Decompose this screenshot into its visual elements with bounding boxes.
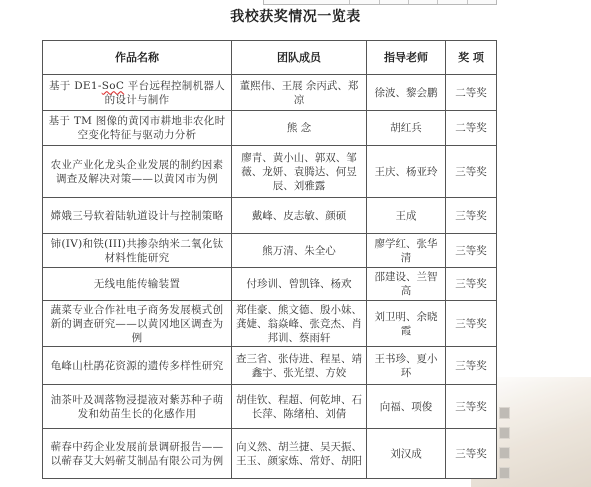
table-row: 龟峰山杜鹃花资源的遗传多样性研究 查三省、张侍进、程星、靖鑫宇、张光望、方姣 王… <box>43 347 497 385</box>
members-cell: 付珍训、曾凯锋、杨欢 <box>232 268 367 301</box>
award-cell: 三等奖 <box>446 234 497 268</box>
work-title-cell: 龟峰山杜鹃花资源的遗传多样性研究 <box>43 347 232 385</box>
work-title-cell: 铈(IV)和铁(III)共掺杂纳米二氧化钛材料性能研究 <box>43 234 232 268</box>
members-cell: 郑佳豪、熊文德、殷小妹、龚婕、翁焱峰、张竞杰、肖邦训、蔡雨轩 <box>232 301 367 347</box>
award-cell: 三等奖 <box>446 385 497 429</box>
members-cell: 熊万清、朱全心 <box>232 234 367 268</box>
members-cell: 廖青、黄小山、郭双、邹薇、龙妍、袁腾达、何昱辰、刘雅露 <box>232 146 367 198</box>
table-row: 基于 DE1-SoC 平台远程控制机器人的设计与制作 董熙伟、王展 余丙武、郑凉… <box>43 75 497 111</box>
award-cell: 三等奖 <box>446 268 497 301</box>
table-row: 基于 TM 图像的黄冈市耕地非农化时空变化特征与驱动力分析 熊 念 胡红兵 二等… <box>43 111 497 146</box>
award-cell: 三等奖 <box>446 301 497 347</box>
work-title-cell: 蔬菜专业合作社电子商务发展模式创新的调查研究——以黄冈地区调查为例 <box>43 301 232 347</box>
award-cell: 三等奖 <box>446 198 497 234</box>
advisors-cell: 胡红兵 <box>367 111 446 146</box>
award-cell: 二等奖 <box>446 75 497 111</box>
header-advisors: 指导老师 <box>367 41 446 75</box>
page-title: 我校获奖情况一览表 <box>0 6 591 26</box>
advisors-cell: 徐波、黎会鹏 <box>367 75 446 111</box>
advisors-cell: 王庆、杨亚玲 <box>367 146 446 198</box>
award-cell: 三等奖 <box>446 347 497 385</box>
advisors-cell: 邵建设、兰智高 <box>367 268 446 301</box>
members-cell: 熊 念 <box>232 111 367 146</box>
advisors-cell: 王书珍、夏小环 <box>367 347 446 385</box>
table-row: 农业产业化龙头企业发展的制约因素调查及解决对策——以黄冈市为例 廖青、黄小山、郭… <box>43 146 497 198</box>
table-row: 无线电能传输装置 付珍训、曾凯锋、杨欢 邵建设、兰智高 三等奖 <box>43 268 497 301</box>
table-row: 蔬菜专业合作社电子商务发展模式创新的调查研究——以黄冈地区调查为例 郑佳豪、熊文… <box>43 301 497 347</box>
work-title-cell: 蕲春中药企业发展前景调研报告——以蕲春艾大妈蕲艾制品有限公司为例 <box>43 429 232 479</box>
header-award: 奖 项 <box>446 41 497 75</box>
award-cell: 三等奖 <box>446 146 497 198</box>
work-title-cell: 基于 DE1-SoC 平台远程控制机器人的设计与制作 <box>43 75 232 111</box>
work-title-cell: 基于 TM 图像的黄冈市耕地非农化时空变化特征与驱动力分析 <box>43 111 232 146</box>
advisors-cell: 向福、项俊 <box>367 385 446 429</box>
header-team-members: 团队成员 <box>232 41 367 75</box>
table-row: 蕲春中药企业发展前景调研报告——以蕲春艾大妈蕲艾制品有限公司为例 向义然、胡兰捷… <box>43 429 497 479</box>
table-row: 铈(IV)和铁(III)共掺杂纳米二氧化钛材料性能研究 熊万清、朱全心 廖学红、… <box>43 234 497 268</box>
advisors-cell: 刘汉成 <box>367 429 446 479</box>
awards-table: 作品名称 团队成员 指导老师 奖 项 基于 DE1-SoC 平台远程控制机器人的… <box>42 40 497 479</box>
table-header-row: 作品名称 团队成员 指导老师 奖 项 <box>43 41 497 75</box>
previous-table-fragment <box>263 0 497 5</box>
members-cell: 董熙伟、王展 余丙武、郑凉 <box>232 75 367 111</box>
work-title-cell: 嫦娥三号软着陆轨道设计与控制策略 <box>43 198 232 234</box>
advisors-cell: 王成 <box>367 198 446 234</box>
advisors-cell: 刘卫明、余晓霞 <box>367 301 446 347</box>
members-cell: 戴峰、皮志敏、颜硕 <box>232 198 367 234</box>
award-cell: 二等奖 <box>446 111 497 146</box>
work-title-cell: 农业产业化龙头企业发展的制约因素调查及解决对策——以黄冈市为例 <box>43 146 232 198</box>
spellcheck-flagged-word: SoC <box>102 80 124 92</box>
header-work-title: 作品名称 <box>43 41 232 75</box>
members-cell: 胡佳钦、程超、何乾坤、石长萍、陈绪柏、刘倩 <box>232 385 367 429</box>
members-cell: 查三省、张侍进、程星、靖鑫宇、张光望、方姣 <box>232 347 367 385</box>
table-row: 油茶叶及凋落物浸提液对紫苏种子萌发和幼苗生长的化感作用 胡佳钦、程超、何乾坤、石… <box>43 385 497 429</box>
award-cell: 三等奖 <box>446 429 497 479</box>
members-cell: 向义然、胡兰捷、吴天振、王玉、颜家炼、常妤、胡阳 <box>232 429 367 479</box>
work-title-cell: 无线电能传输装置 <box>43 268 232 301</box>
work-title-cell: 油茶叶及凋落物浸提液对紫苏种子萌发和幼苗生长的化感作用 <box>43 385 232 429</box>
work-title-text: 基于 DE1- <box>49 80 102 92</box>
advisors-cell: 廖学红、张华清 <box>367 234 446 268</box>
table-row: 嫦娥三号软着陆轨道设计与控制策略 戴峰、皮志敏、颜硕 王成 三等奖 <box>43 198 497 234</box>
